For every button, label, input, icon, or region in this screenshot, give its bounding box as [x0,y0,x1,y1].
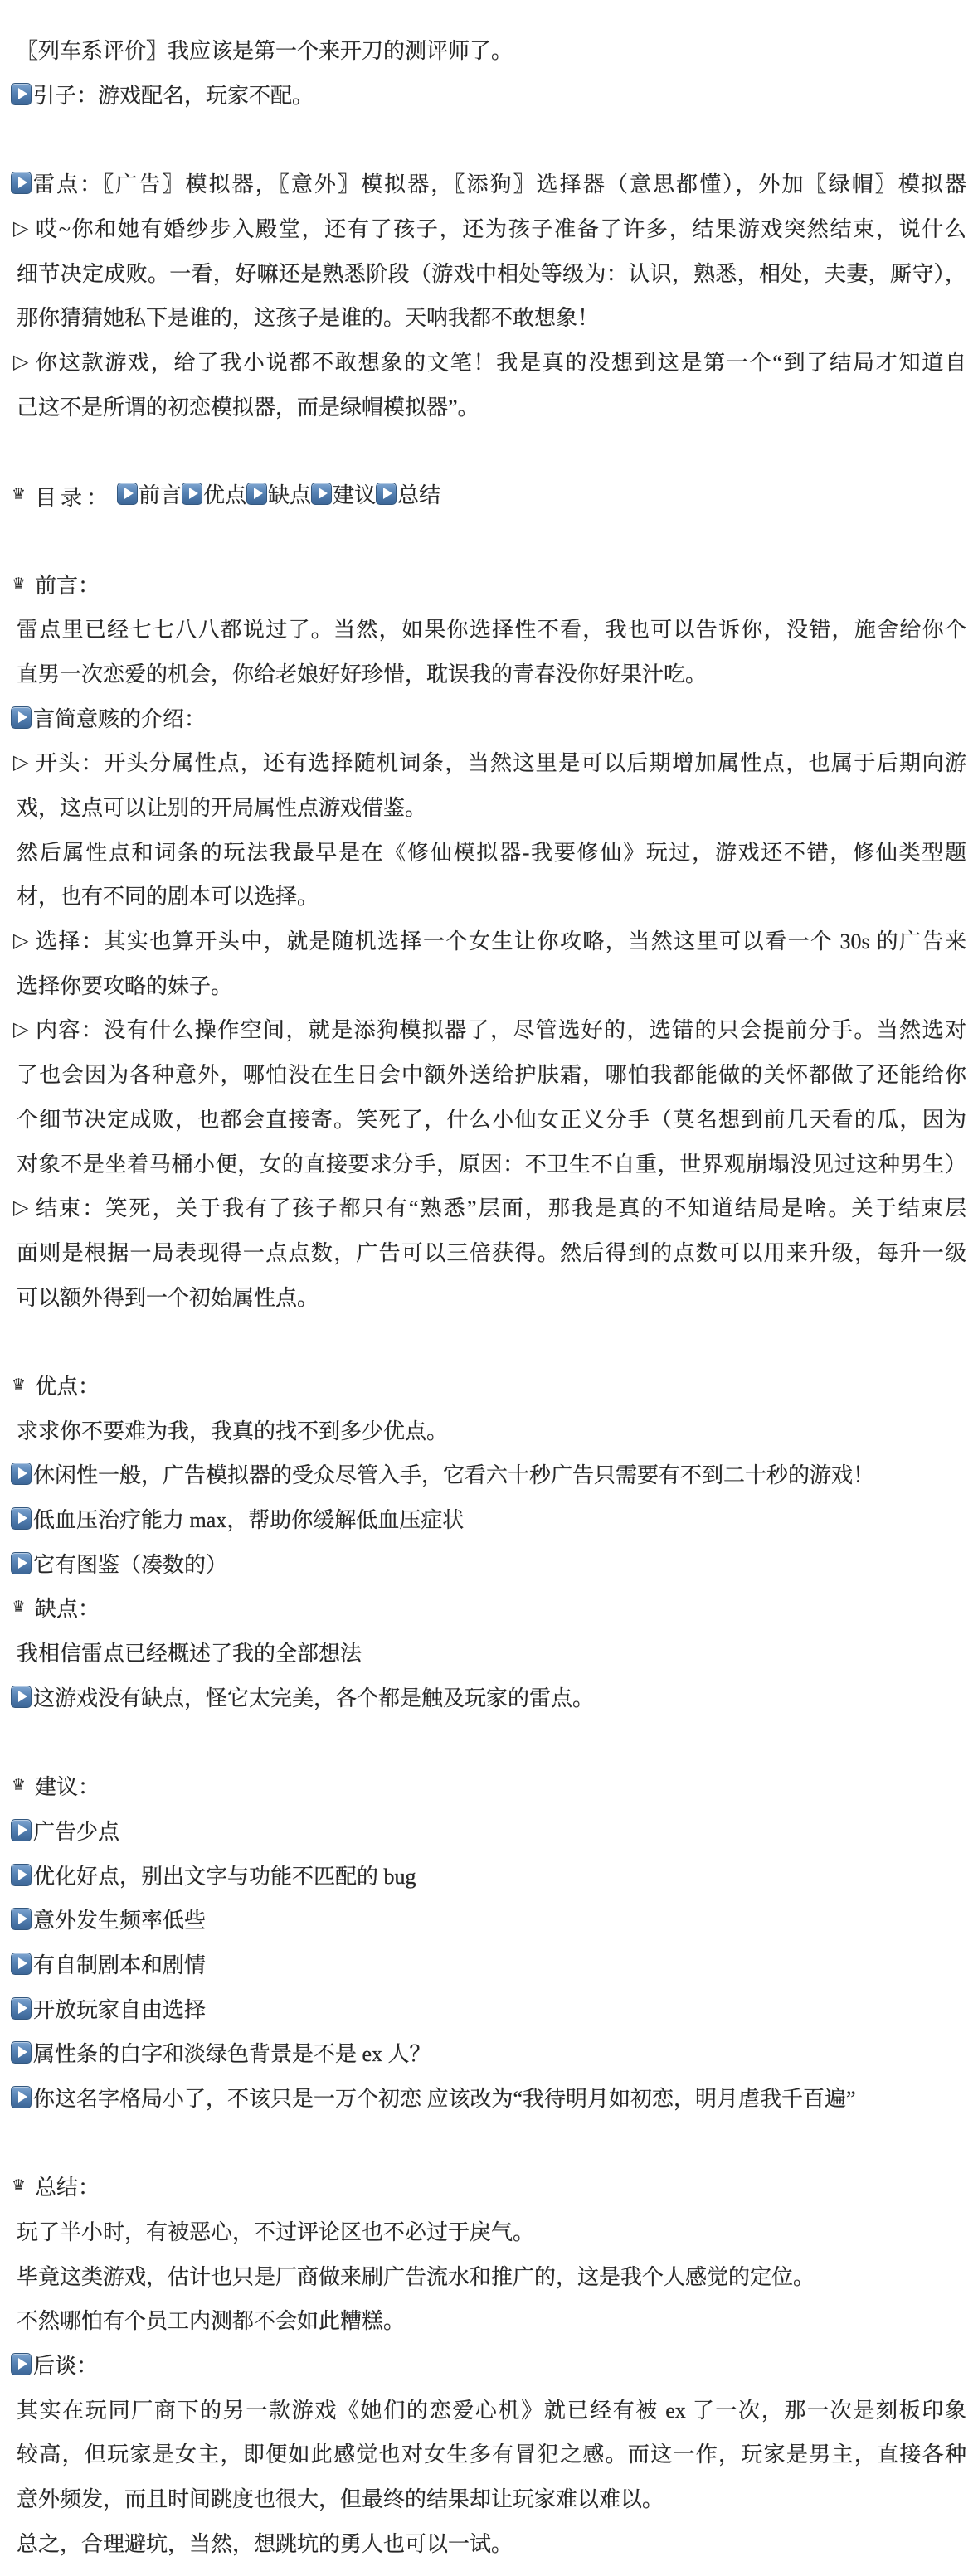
pros-item-text: 它有图鉴（凑数的） [33,1548,966,1579]
pitfall-text: 哎~你和她有婚纱步入殿堂，还有了孩子，还为孩子准备了许多，结果游戏突然结束，说什… [36,212,966,243]
preface-paragraph-line: 面则是根据一局表现得一点点数，广告可以三倍获得。然后得到的点数可以用来升级，每升… [0,1230,978,1274]
preface-paragraph-line: ▷ 结束：笑死，关于我有了孩子都只有“熟悉”层面，那我是真的不知道结局是啥。关于… [0,1185,978,1230]
cons-intro: 我相信雷点已经概述了我的全部想法 [17,1637,966,1667]
play-button-icon [246,483,267,505]
play-button-icon [117,483,138,505]
triangle-outline-icon: ▷ [13,352,36,371]
cons-item: 这游戏没有缺点，怪它太完美，各个都是触及玩家的雷点。 [0,1674,978,1719]
play-button-icon [11,2086,32,2108]
preface-paragraph-line: 了也会因为各种意外，哪怕没在生日会中额外送给护肤霜，哪怕我都能做的关怀都做了还能… [0,1051,978,1096]
triangle-outline-icon: ▷ [13,1197,36,1217]
triangle-outline-icon: ▷ [13,1019,36,1039]
toc-item-preface: 前言 [117,478,182,509]
pitfalls-title: 雷点：〖广告〗模拟器，〖意外〗模拟器，〖添狗〗选择器（意思都懂），外加〖绿帽〗模… [33,167,966,198]
paragraph-text: 选择你要攻略的妹子。 [17,969,966,1000]
pros-item-text: 休闲性一般，广告模拟器的受众尽管入手，它看六十秒广告只需要有不到二十秒的游戏！ [33,1458,966,1489]
suggestion-item: 开放玩家自由选择 [0,1986,978,2030]
preface-paragraph-line: 个细节决定成败，也都会直接寄。笑死了，什么小仙女正义分手（莫名想到前几天看的瓜，… [0,1096,978,1141]
play-button-icon [11,172,32,194]
toc-item-label: 优点 [203,478,246,509]
pros-heading: 优点： [35,1370,966,1400]
triangle-outline-icon: ▷ [13,218,36,238]
preface-text: 雷点里已经七七八八都说过了。当然，如果你选择性不看，我也可以告诉你，没错，施舍给… [17,613,966,643]
summary-text: 玩了半小时，有被恶心，不过评论区也不必过于戾气。 [17,2215,966,2246]
review-title-line: 〖列车系评价〗我应该是第一个来开刀的测评师了。 [0,27,978,72]
play-button-icon [11,83,32,105]
play-button-icon [11,1686,32,1708]
suggestions-heading: 建议： [35,1770,966,1801]
summary-line: 玩了半小时，有被恶心，不过评论区也不必过于戾气。 [0,2209,978,2253]
toc-item-label: 前言 [139,478,182,509]
review-document: 〖列车系评价〗我应该是第一个来开刀的测评师了。 引子：游戏配名，玩家不配。 雷点… [0,0,978,2564]
suggestion-text: 优化好点，别出文字与功能不匹配的 bug [33,1860,966,1890]
pitfall-point-line: ▷ 你这款游戏，给了我小说都不敢想象的文笔！我是真的没想到这是第一个“到了结局才… [0,339,978,384]
pitfall-text: 细节决定成败。一看，好嘛还是熟悉阶段（游戏中相处等级为：认识，熟悉，相处，夫妻，… [17,257,966,288]
pitfall-text: 你这款游戏，给了我小说都不敢想象的文笔！我是真的没想到这是第一个“到了结局才知道… [36,346,966,376]
spacer [0,517,978,562]
crown-icon: ♛ [12,2178,35,2194]
spacer [0,2119,978,2164]
summary-text: 毕竟这类游戏，估计也只是厂商做来刷广告流水和推广的，这是我个人感觉的定位。 [17,2260,966,2291]
pros-intro: 求求你不要难为我，我真的找不到多少优点。 [17,1414,966,1445]
play-button-icon [311,483,332,505]
preface-paragraph-line: 可以额外得到一个初始属性点。 [0,1273,978,1318]
afterword-line: 意外频发，而且时间跳度也很大，但最终的结果却让玩家难以难以。 [0,2476,978,2520]
pros-heading-line: ♛ 优点： [0,1363,978,1408]
suggestion-text: 有自制剧本和剧情 [33,1948,966,1979]
play-button-icon [11,2353,32,2375]
preface-text: 直男一次恋爱的机会，你给老娘好好珍惜，耽误我的青春没你好果汁吃。 [17,657,966,688]
toc-item-summary: 总结 [376,478,440,509]
paragraph-text: 开头：开头分属性点，还有选择随机词条，当然这里是可以后期增加属性点，也属于后期向… [36,746,966,777]
intro-heading-line: 言简意赅的介绍： [0,695,978,740]
afterword-line: 其实在玩同厂商下的另一款游戏《她们的恋爱心机》就已经有被 ex 了一次，那一次是… [0,2386,978,2431]
toc-item-label: 建议 [333,478,376,509]
preface-paragraph-line: 戏，这点可以让别的开局属性点游戏借鉴。 [0,784,978,829]
lead-text: 引子：游戏配名，玩家不配。 [33,79,966,109]
preface-heading-line: ♛ 前言： [0,561,978,606]
paragraph-text: 材，也有不同的剧本可以选择。 [17,880,966,910]
spacer [0,1719,978,1763]
cons-item-text: 这游戏没有缺点，怪它太完美，各个都是触及玩家的雷点。 [33,1681,966,1712]
pros-item: 低血压治疗能力 max，帮助你缓解低血压症状 [0,1497,978,1541]
play-button-icon [11,1997,32,2020]
play-button-icon [11,2041,32,2064]
lead-line: 引子：游戏配名，玩家不配。 [0,72,978,117]
suggestion-text: 属性条的白字和淡绿色背景是不是 ex 人？ [33,2037,966,2068]
preface-paragraph-line: 对象不是坐着马桶小便，女的直接要求分手，原因：不卫生不自重，世界观崩塌没见过这种… [0,1140,978,1185]
suggestion-text: 你这名字格局小了，不该只是一万个初恋 应该改为“我待明月如初恋，明月虐我千百遍” [33,2082,966,2113]
suggestion-item: 你这名字格局小了，不该只是一万个初恋 应该改为“我待明月如初恋，明月虐我千百遍” [0,2075,978,2120]
preface-body-line: 直男一次恋爱的机会，你给老娘好好珍惜，耽误我的青春没你好果汁吃。 [0,651,978,696]
pitfall-point-line: 己这不是所谓的初恋模拟器，而是绿帽模拟器”。 [0,384,978,429]
pitfall-text: 己这不是所谓的初恋模拟器，而是绿帽模拟器”。 [17,391,966,421]
pros-item: 休闲性一般，广告模拟器的受众尽管入手，它看六十秒广告只需要有不到二十秒的游戏！ [0,1452,978,1497]
suggestion-item: 有自制剧本和剧情 [0,1942,978,1987]
paragraph-text: 选择：其实也算开头中，就是随机选择一个女生让你攻略，当然这里可以看一个 30s … [36,924,966,955]
play-button-icon [376,483,397,505]
suggestion-text: 开放玩家自由选择 [33,1993,966,2024]
toc-item-suggestions: 建议 [311,478,376,509]
summary-heading-line: ♛ 总结： [0,2164,978,2209]
paragraph-text: 可以额外得到一个初始属性点。 [17,1281,966,1312]
play-button-icon [11,1953,32,1975]
paragraph-text: 然后属性点和词条的玩法我最早是在《修仙模拟器-我要修仙》玩过，游戏还不错，修仙类… [17,836,966,866]
cons-heading-line: ♛ 缺点： [0,1585,978,1630]
summary-line: 毕竟这类游戏，估计也只是厂商做来刷广告流水和推广的，这是我个人感觉的定位。 [0,2253,978,2297]
review-title: 〖列车系评价〗我应该是第一个来开刀的测评师了。 [17,34,966,65]
pitfall-point-line: ▷ 哎~你和她有婚纱步入殿堂，还有了孩子，还为孩子准备了许多，结果游戏突然结束，… [0,206,978,250]
crown-icon: ♛ [12,1599,35,1615]
paragraph-text: 了也会因为各种意外，哪怕没在生日会中额外送给护肤霜，哪怕我都能做的关怀都做了还能… [17,1058,966,1089]
toc-item-label: 总结 [397,478,440,509]
crown-icon: ♛ [12,1377,35,1393]
afterword-text: 较高，但玩家是女主，即便如此感觉也对女生多有冒犯之感。而这一作，玩家是男主，直接… [17,2438,966,2468]
afterword-text: 意外频发，而且时间跳度也很大，但最终的结果却让玩家难以难以。 [17,2482,966,2513]
paragraph-text: 对象不是坐着马桶小便，女的直接要求分手，原因：不卫生不自重，世界观崩塌没见过这种… [17,1147,966,1178]
spacer [0,116,978,161]
afterword-line: 较高，但玩家是女主，即便如此感觉也对女生多有冒犯之感。而这一作，玩家是男主，直接… [0,2431,978,2476]
paragraph-text: 面则是根据一局表现得一点点数，广告可以三倍获得。然后得到的点数可以用来升级，每升… [17,1236,966,1267]
paragraph-text: 结束：笑死，关于我有了孩子都只有“熟悉”层面，那我是真的不知道结局是啥。关于结束… [36,1191,966,1222]
suggestions-heading-line: ♛ 建议： [0,1763,978,1808]
play-button-icon [11,1507,32,1530]
play-button-icon [11,1864,32,1886]
pitfall-text: 那你猜猜她私下是谁的，这孩子是谁的。天呐我都不敢想象！ [17,301,966,332]
triangle-outline-icon: ▷ [13,930,36,950]
suggestion-item: 优化好点，别出文字与功能不匹配的 bug [0,1852,978,1897]
summary-line: 不然哪怕有个员工内测都不会如此糟糕。 [0,2297,978,2342]
toc-item-cons: 缺点 [246,478,311,509]
suggestion-item: 广告少点 [0,1808,978,1853]
closing-text: 总之，合理避坑，当然，想跳坑的勇人也可以一试。 [17,2527,966,2558]
cons-intro-line: 我相信雷点已经概述了我的全部想法 [0,1630,978,1675]
summary-heading: 总结： [35,2171,966,2201]
preface-body-line: 雷点里已经七七八八都说过了。当然，如果你选择性不看，我也可以告诉你，没错，施舍给… [0,606,978,651]
play-button-icon [11,1463,32,1485]
toc-content: 目录：前言优点缺点建议总结 [35,478,966,512]
cons-heading: 缺点： [35,1592,966,1623]
preface-paragraph-line: 然后属性点和词条的玩法我最早是在《修仙模拟器-我要修仙》玩过，游戏还不错，修仙类… [0,828,978,873]
pitfall-point-line: 那你猜猜她私下是谁的，这孩子是谁的。天呐我都不敢想象！ [0,294,978,339]
preface-paragraph-line: ▷ 开头：开头分属性点，还有选择随机词条，当然这里是可以后期增加属性点，也属于后… [0,740,978,784]
preface-paragraph-line: ▷ 选择：其实也算开头中，就是随机选择一个女生让你攻略，当然这里可以看一个 30… [0,918,978,963]
play-button-icon [182,483,202,505]
afterword-heading: 后谈： [33,2349,966,2380]
closing-line: 总之，合理避坑，当然，想跳坑的勇人也可以一试。 [0,2520,978,2565]
pros-item: 它有图鉴（凑数的） [0,1540,978,1585]
triangle-outline-icon: ▷ [13,752,36,772]
play-button-icon [11,706,32,729]
pitfall-point-line: 细节决定成败。一看，好嘛还是熟悉阶段（游戏中相处等级为：认识，熟悉，相处，夫妻，… [0,250,978,294]
toc-item-pros: 优点 [182,478,246,509]
pros-item-text: 低血压治疗能力 max，帮助你缓解低血压症状 [33,1503,966,1534]
preface-paragraph-line: ▷ 内容：没有什么操作空间，就是添狗模拟器了，尽管选好的，选错的只会提前分手。当… [0,1007,978,1051]
crown-icon: ♛ [12,576,35,592]
crown-icon: ♛ [12,1778,35,1793]
paragraph-text: 戏，这点可以让别的开局属性点游戏借鉴。 [17,791,966,822]
pros-intro-line: 求求你不要难为我，我真的找不到多少优点。 [0,1407,978,1452]
table-of-contents: ♛ 目录：前言优点缺点建议总结 [0,473,978,517]
summary-text: 不然哪怕有个员工内测都不会如此糟糕。 [17,2304,966,2335]
suggestion-text: 广告少点 [33,1815,966,1846]
spacer [0,428,978,473]
suggestion-item: 属性条的白字和淡绿色背景是不是 ex 人？ [0,2030,978,2075]
preface-heading: 前言： [35,569,966,599]
toc-item-label: 缺点 [268,478,311,509]
preface-paragraph-line: 选择你要攻略的妹子。 [0,962,978,1007]
suggestion-text: 意外发生频率低些 [33,1904,966,1934]
intro-heading: 言简意赅的介绍： [33,702,966,733]
paragraph-text: 内容：没有什么操作空间，就是添狗模拟器了，尽管选好的，选错的只会提前分手。当然选… [36,1013,966,1044]
play-button-icon [11,1819,32,1841]
play-button-icon [11,1552,32,1574]
paragraph-text: 个细节决定成败，也都会直接寄。笑死了，什么小仙女正义分手（莫名想到前几天看的瓜，… [17,1103,966,1133]
afterword-heading-line: 后谈： [0,2342,978,2387]
play-button-icon [11,1908,32,1930]
crown-icon: ♛ [12,487,35,502]
pitfalls-title-line: 雷点：〖广告〗模拟器，〖意外〗模拟器，〖添狗〗选择器（意思都懂），外加〖绿帽〗模… [0,161,978,206]
suggestion-item: 意外发生频率低些 [0,1897,978,1942]
afterword-text: 其实在玩同厂商下的另一款游戏《她们的恋爱心机》就已经有被 ex 了一次，那一次是… [17,2394,966,2424]
toc-label: 目录： [35,486,112,510]
spacer [0,1318,978,1363]
preface-paragraph-line: 材，也有不同的剧本可以选择。 [0,873,978,918]
